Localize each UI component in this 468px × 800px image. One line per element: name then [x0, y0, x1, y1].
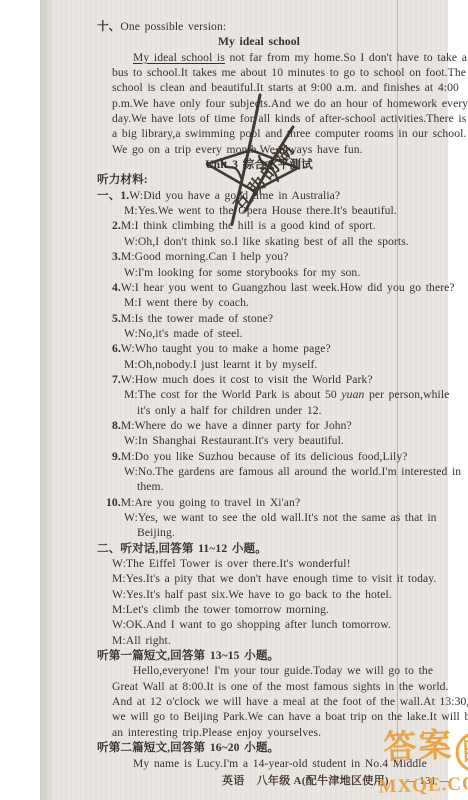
- text-segment: bus to school.It takes me about 10 minut…: [112, 66, 466, 79]
- text-segment: 5.: [112, 312, 121, 325]
- text-segment: M:I think climbing the hill is a good ki…: [121, 219, 376, 232]
- text-segment: M:All right.: [112, 634, 171, 647]
- text-segment: 十、: [97, 20, 120, 33]
- text-segment: M:Good morning.Can I help you?: [121, 250, 289, 263]
- text-segment: W:I hear you went to Guangzhou last week…: [121, 281, 455, 294]
- text-segment: 7.: [112, 373, 121, 386]
- text-segment: 4.: [112, 281, 121, 294]
- text-segment: Hello,everyone! I'm your tour guide.Toda…: [133, 664, 433, 677]
- text-segment: day.We have lots of time for all kinds o…: [112, 112, 466, 125]
- text-segment: 2.: [112, 219, 121, 232]
- text-segment: M:The cost for the World Park is about 5…: [124, 388, 341, 401]
- text-segment: M:Are you going to travel in Xi'an?: [121, 496, 300, 509]
- text-line: Unit 3 综合水平测试: [96, 157, 422, 172]
- text-segment: not far from my home.So I don't have to …: [225, 51, 467, 64]
- text-segment: And at 12 o'clock we will have a meal at…: [112, 695, 468, 708]
- watermark-brand: 答案圈: [295, 727, 468, 779]
- text-segment: 听力材料:: [97, 173, 148, 186]
- footer-subject: 英语: [222, 775, 245, 787]
- text-segment: 一、: [97, 189, 120, 202]
- text-segment: W:OK.And I want to go shopping after lun…: [112, 618, 391, 631]
- text-segment: M:Is the tower made of stone?: [121, 312, 273, 325]
- text-segment: a big library,a swimming pool and three …: [112, 127, 466, 140]
- text-segment: 听第一篇短文,回答第 13~15 小题。: [97, 649, 279, 662]
- text-segment: W:The Eiffel Tower is over there.It's wo…: [112, 557, 351, 570]
- text-segment: M:Let's climb the tower tomorrow morning…: [112, 603, 329, 616]
- text-segment: 9.: [112, 450, 121, 463]
- text-segment: 8.: [112, 419, 121, 432]
- text-segment: M:Oh,nobody.I just learnt it by myself.: [124, 358, 317, 371]
- text-segment: W:How much does it cost to visit the Wor…: [121, 373, 373, 386]
- text-segment: W:Who taught you to make a home page?: [121, 342, 331, 355]
- text-segment: W:I'm looking for some storybooks for my…: [124, 266, 360, 279]
- answer-circle-watermark: 答案圈 MXQE.COM: [295, 727, 468, 800]
- text-segment: We go on a trip every month.We always ha…: [112, 143, 363, 156]
- text-segment: 综合水平测试: [243, 158, 313, 171]
- text-segment: them.: [137, 480, 164, 493]
- text-segment: Beijing.: [137, 526, 175, 539]
- text-segment: My ideal school: [218, 35, 300, 48]
- text-segment: 10.: [106, 496, 121, 509]
- text-line: My ideal school: [96, 34, 422, 49]
- text-segment: M:Yes.We went to the Opera House there.I…: [124, 204, 397, 217]
- text-segment: My ideal school is: [133, 51, 225, 64]
- text-segment: M:I went there by coach.: [124, 296, 249, 309]
- text-segment: we will go to Beijing Park.We can have a…: [112, 710, 468, 723]
- text-segment: W:Yes.It's half past six.We have to go b…: [112, 588, 392, 601]
- text-segment: yuan: [341, 388, 364, 401]
- watermark-brand-text: 答案: [383, 728, 454, 766]
- text-segment: W:Did you have a good time in Australia?: [129, 189, 340, 202]
- text-segment: Great Wall at 8:00.It is one of the most…: [112, 680, 449, 693]
- text-segment: M:Do you like Suzhou because of its deli…: [121, 450, 408, 463]
- watermark-circle-icon: 圈: [455, 732, 468, 773]
- text-segment: it's only a half for children under 12.: [137, 404, 322, 417]
- text-segment: p.m.We have only four subjects.And we do…: [112, 97, 468, 110]
- text-segment: One possible version:: [120, 20, 226, 33]
- text-segment: W:Yes, we want to see the old wall.It's …: [124, 511, 437, 524]
- scanned-page: 十、One possible version:My ideal schoolMy…: [40, 0, 448, 800]
- text-segment: school is clean and beautiful.It starts …: [112, 81, 459, 94]
- text-segment: Unit 3: [205, 158, 242, 171]
- text-segment: W:In Shanghai Restaurant.It's very beaut…: [124, 434, 344, 447]
- text-segment: M:Yes.It's a pity that we don't have eno…: [112, 572, 436, 585]
- watermark-circle-char: 圈: [462, 734, 468, 771]
- text-segment: an interesting trip.Please enjoy yoursel…: [112, 726, 321, 739]
- text-segment: 1.: [120, 189, 129, 202]
- text-segment: W:No,it's made of steel.: [124, 327, 243, 340]
- text-segment: W:Oh,I don't think so.I like skating bes…: [124, 235, 409, 248]
- text-segment: 3.: [112, 250, 121, 263]
- text-segment: M:Where do we have a dinner party for Jo…: [121, 419, 352, 432]
- text-segment: 二、听对话,回答第 11~12 小题。: [97, 542, 267, 555]
- text-segment: 听第二篇短文,回答第 16~20 小题。: [97, 741, 279, 754]
- text-segment: per person,while: [364, 388, 449, 401]
- text-segment: 6.: [112, 342, 121, 355]
- page-crease: [397, 0, 398, 768]
- text-segment: W:No.The gardens are famous all around t…: [124, 465, 461, 478]
